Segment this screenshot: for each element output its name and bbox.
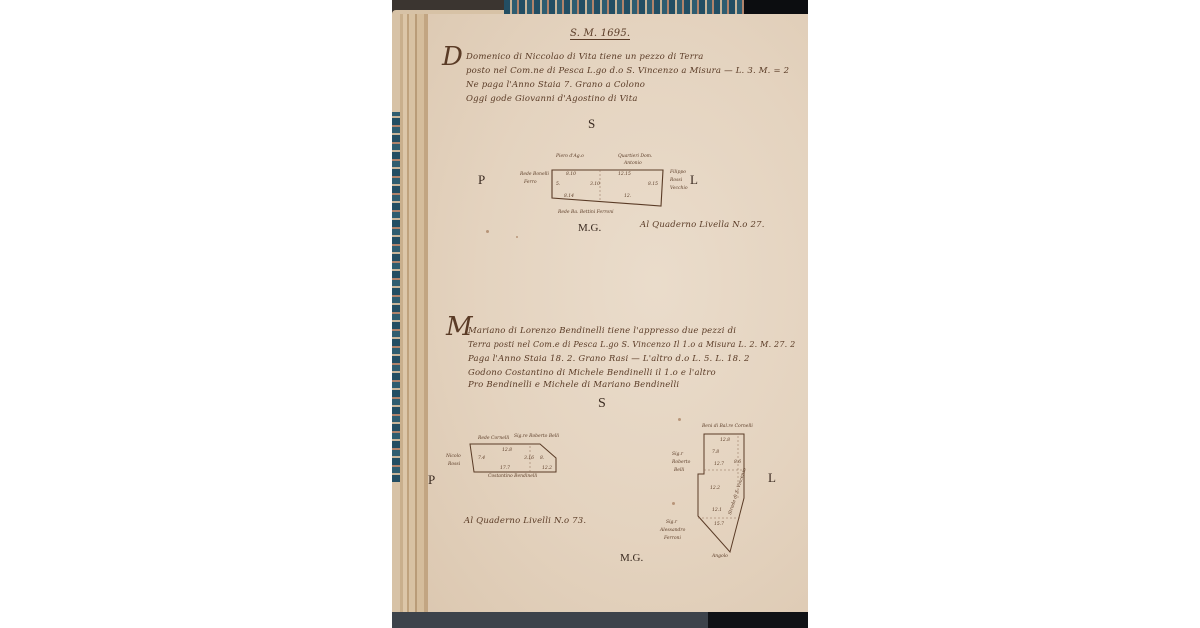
entry1-line-4: Oggi gode Giovanni d'Agostino di Vita bbox=[466, 94, 638, 104]
compass-north-1: S bbox=[588, 116, 595, 132]
plan2b-left-lower-a: Sig.r bbox=[666, 520, 677, 525]
compass-east-2: L bbox=[768, 470, 776, 486]
plan2a-top-right-label: Sig.re Roberto Belli bbox=[514, 434, 559, 439]
plan2a-left-label-b: Rossi bbox=[448, 462, 460, 467]
plan1-measure: 3.10 bbox=[590, 182, 600, 187]
plan2b-left-label-c: Belli bbox=[674, 468, 684, 473]
plan2a-measure: 7.4 bbox=[478, 456, 485, 461]
entry1-initial: D bbox=[442, 44, 463, 70]
plan1-measure: 8.10 bbox=[566, 172, 576, 177]
plan1-top-label-c: Antonio bbox=[624, 161, 642, 166]
plan2a-measure: 12.8 bbox=[502, 448, 512, 453]
entry2-line-3: Paga l'Anno Staia 18. 2. Grano Rasi — L'… bbox=[468, 354, 750, 364]
entry2-line-5: Pro Bendinelli e Michele di Mariano Bend… bbox=[468, 380, 679, 390]
plan2a-measure: 3.16 bbox=[524, 456, 534, 461]
plan2a-measure: 8. bbox=[540, 456, 544, 461]
plan2b-measure: 7.8 bbox=[712, 450, 719, 455]
bottom-edge bbox=[392, 612, 808, 628]
entry1-line-3: Ne paga l'Anno Staia 7. Grano a Colono bbox=[466, 80, 645, 90]
plan2a-top-label: Rede Cornelli bbox=[478, 436, 509, 441]
foxing-spot bbox=[672, 502, 675, 505]
plan2b-left-lower-b: Alessandro bbox=[660, 528, 685, 533]
plan2b-top-label: Beni di Bal.re Cornelli bbox=[702, 424, 753, 429]
plan1-left-label-a: Rede Bonelli bbox=[520, 172, 549, 177]
marbled-endpaper-left bbox=[392, 112, 400, 482]
plan2b-left-label-a: Sig.r bbox=[672, 452, 683, 457]
page-heading: S. M. 1695. bbox=[570, 28, 630, 40]
plan2b-left-lower-c: Ferroni bbox=[664, 536, 681, 541]
plan2a-measure: 17.7 bbox=[500, 466, 510, 471]
compass-south-1: M.G. bbox=[578, 222, 601, 234]
plot-plan-2b bbox=[698, 434, 768, 554]
scan-corner bbox=[744, 0, 808, 14]
plan2b-left-label-b: Roberto bbox=[672, 460, 690, 465]
plan2b-measure: 12.1 bbox=[712, 508, 722, 513]
plan1-measure: 8.14 bbox=[564, 194, 574, 199]
entry2-line-2: Terra posti nel Com.e di Pesca L.go S. V… bbox=[468, 340, 795, 349]
entry1-line-2: posto nel Com.ne di Pesca L.go d.o S. Vi… bbox=[466, 66, 789, 76]
plan1-measure: 8.15 bbox=[648, 182, 658, 187]
manuscript-page: S. M. 1695. D Domenico di Niccolao di Vi… bbox=[428, 14, 808, 612]
plan1-top-label-a: Piero d'Ag.o bbox=[556, 154, 584, 159]
plan2b-bottom-label: Angolo bbox=[712, 554, 728, 559]
plan1-measure: 12. bbox=[624, 194, 631, 199]
entry1-reference: Al Quaderno Livella N.o 27. bbox=[640, 220, 765, 230]
page-edges bbox=[400, 14, 428, 612]
compass-north-2: S bbox=[598, 396, 606, 412]
plan2b-measure: 12.8 bbox=[720, 438, 730, 443]
plan1-right-label-a: Filippo bbox=[670, 170, 686, 175]
plan2a-left-label-a: Nicolo bbox=[446, 454, 461, 459]
plan1-top-label-b: Quartieri Dom. bbox=[618, 154, 652, 159]
plan1-right-label-b: Rossi bbox=[670, 178, 682, 183]
plan2b-measure: 12.7 bbox=[714, 462, 724, 467]
compass-west-2: P bbox=[428, 472, 435, 488]
compass-west-1: P bbox=[478, 172, 485, 188]
plan1-bottom-label: Rede Ba. Bettini Ferroni bbox=[558, 210, 614, 215]
entry2-line-1: Mariano di Lorenzo Bendinelli tiene l'ap… bbox=[468, 326, 736, 336]
manuscript-scan: S. M. 1695. D Domenico di Niccolao di Vi… bbox=[392, 0, 808, 628]
plan2a-bottom-label: Costantino Bendinelli bbox=[488, 474, 537, 479]
plan2a-measure: 12.2 bbox=[542, 466, 552, 471]
foxing-spot bbox=[516, 236, 518, 238]
foxing-spot bbox=[678, 418, 681, 421]
plan1-left-label-b: Ferro bbox=[524, 180, 537, 185]
compass-south-2: M.G. bbox=[620, 552, 643, 564]
plan1-measure: 5. bbox=[556, 182, 560, 187]
plan1-right-label-c: Vecchio bbox=[670, 186, 688, 191]
entry2-line-4: Godono Costantino di Michele Bendinelli … bbox=[468, 368, 716, 378]
plan2b-measure: 15.7 bbox=[714, 522, 724, 527]
plan1-measure: 12.15 bbox=[618, 172, 631, 177]
entry2-plan1-reference: Al Quaderno Livelli N.o 73. bbox=[464, 516, 586, 526]
foxing-spot bbox=[486, 230, 489, 233]
plan2b-measure: 12.2 bbox=[710, 486, 720, 491]
compass-east-1: L bbox=[690, 172, 698, 188]
entry1-line-1: Domenico di Niccolao di Vita tiene un pe… bbox=[466, 52, 704, 62]
plan2b-measure: 8.6 bbox=[734, 460, 741, 465]
